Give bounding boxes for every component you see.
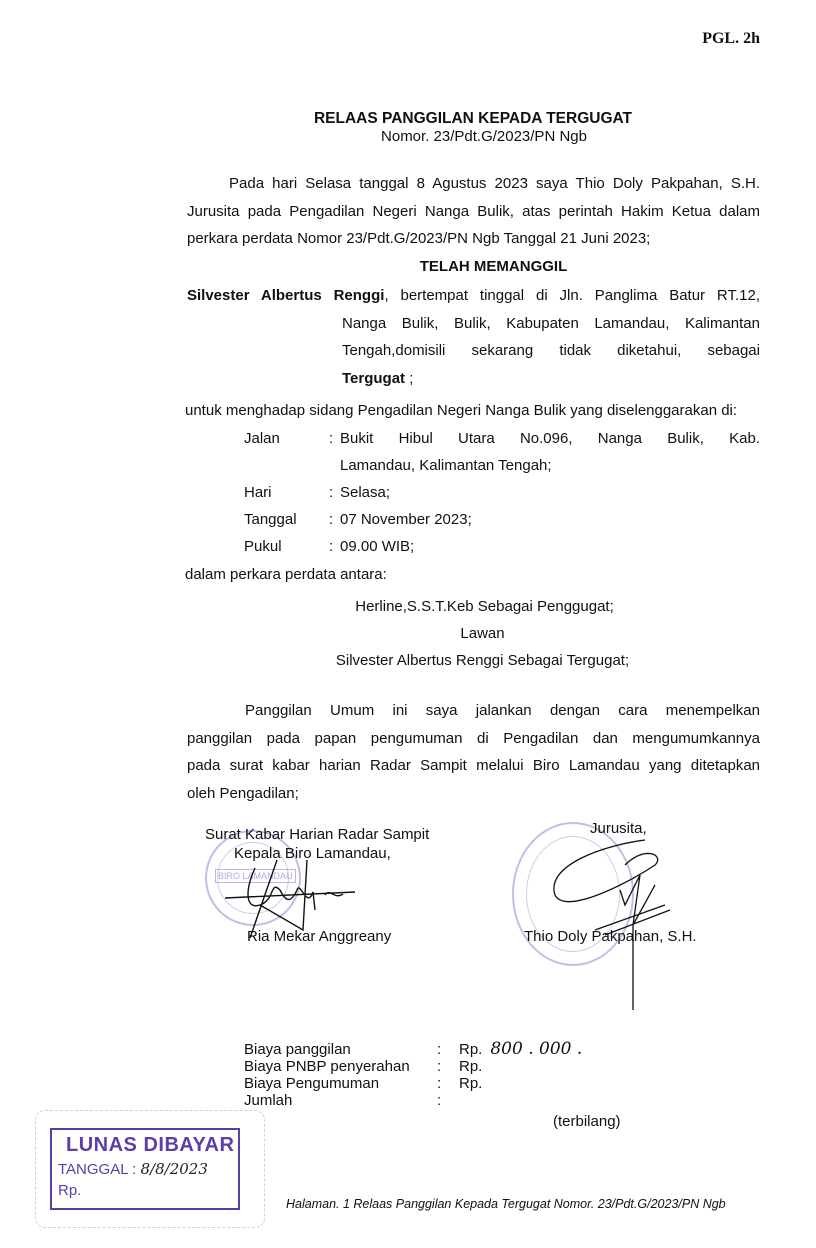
parties-intro: dalam perkara perdata antara:: [185, 566, 387, 583]
paid-stamp-title: LUNAS DIBAYAR: [66, 1134, 234, 1157]
cost-table: Biaya panggilan : Rp.800 . 000 . Biaya P…: [244, 1041, 664, 1111]
parties-block: Herline,S.S.T.Keb Sebagai Penggugat; Law…: [187, 593, 760, 674]
page-footer: Halaman. 1 Relaas Panggilan Kepada Tergu…: [286, 1197, 726, 1211]
intro-line-1: Pada hari Selasa tanggal 8 Agustus 2023 …: [187, 170, 760, 198]
intro-paragraph: Pada hari Selasa tanggal 8 Agustus 2023 …: [187, 170, 760, 280]
summoned-line-4: Tergugat ;: [342, 365, 760, 393]
plaintiff: Herline,S.S.T.Keb Sebagai Penggugat;: [187, 593, 760, 620]
document-number: Nomor. 23/Pdt.G/2023/PN Ngb: [0, 128, 816, 145]
page-code: PGL. 2h: [702, 30, 760, 48]
summoned-line-1: Silvester Albertus Renggi, bertempat tin…: [187, 282, 760, 310]
paid-stamp-rp: Rp.: [58, 1182, 81, 1199]
paid-stamp-date: TANGGAL : 8/8/2023: [58, 1160, 208, 1178]
spelled-amount: (terbilang): [553, 1113, 621, 1130]
intro-line-2: Jurusita pada Pengadilan Negeri Nanga Bu…: [187, 198, 760, 226]
left-signer-org: Surat Kabar Harian Radar Sampit: [205, 826, 429, 843]
document-title: RELAAS PANGGILAN KEPADA TERGUGAT: [0, 110, 816, 128]
summoned-party: Silvester Albertus Renggi, bertempat tin…: [187, 282, 760, 392]
defendant: Silvester Albertus Renggi Sebagai Tergug…: [187, 647, 760, 674]
closing-paragraph: Panggilan Umum ini saya jalankan dengan …: [187, 697, 760, 807]
intro-line-3: perkara perdata Nomor 23/Pdt.G/2023/PN N…: [187, 225, 760, 253]
hearing-row-jalan: Jalan : Bukit Hibul Utara No.096, Nanga …: [244, 430, 760, 480]
left-signer-name: Ria Mekar Anggreany: [247, 928, 391, 945]
defendant-name: Silvester Albertus Renggi: [187, 287, 384, 304]
summons-heading: TELAH MEMANGGIL: [187, 253, 760, 281]
right-signature: [545, 835, 675, 1015]
paid-stamp: LUNAS DIBAYAR TANGGAL : 8/8/2023 Rp.: [50, 1128, 240, 1210]
right-signer-name: Thio Doly Pakpahan, S.H.: [524, 928, 697, 945]
hearing-intro: untuk menghadap sidang Pengadilan Negeri…: [185, 397, 758, 425]
summoned-line-2: Nanga Bulik, Bulik, Kabupaten Lamandau, …: [342, 310, 760, 338]
left-signature: [215, 850, 375, 940]
defendant-role: Tergugat: [342, 370, 405, 387]
summoned-line-3: Tengah,domisili sekarang tidak diketahui…: [342, 337, 760, 365]
versus: Lawan: [187, 620, 760, 647]
handwritten-amount: 800 . 000 .: [490, 1039, 582, 1059]
